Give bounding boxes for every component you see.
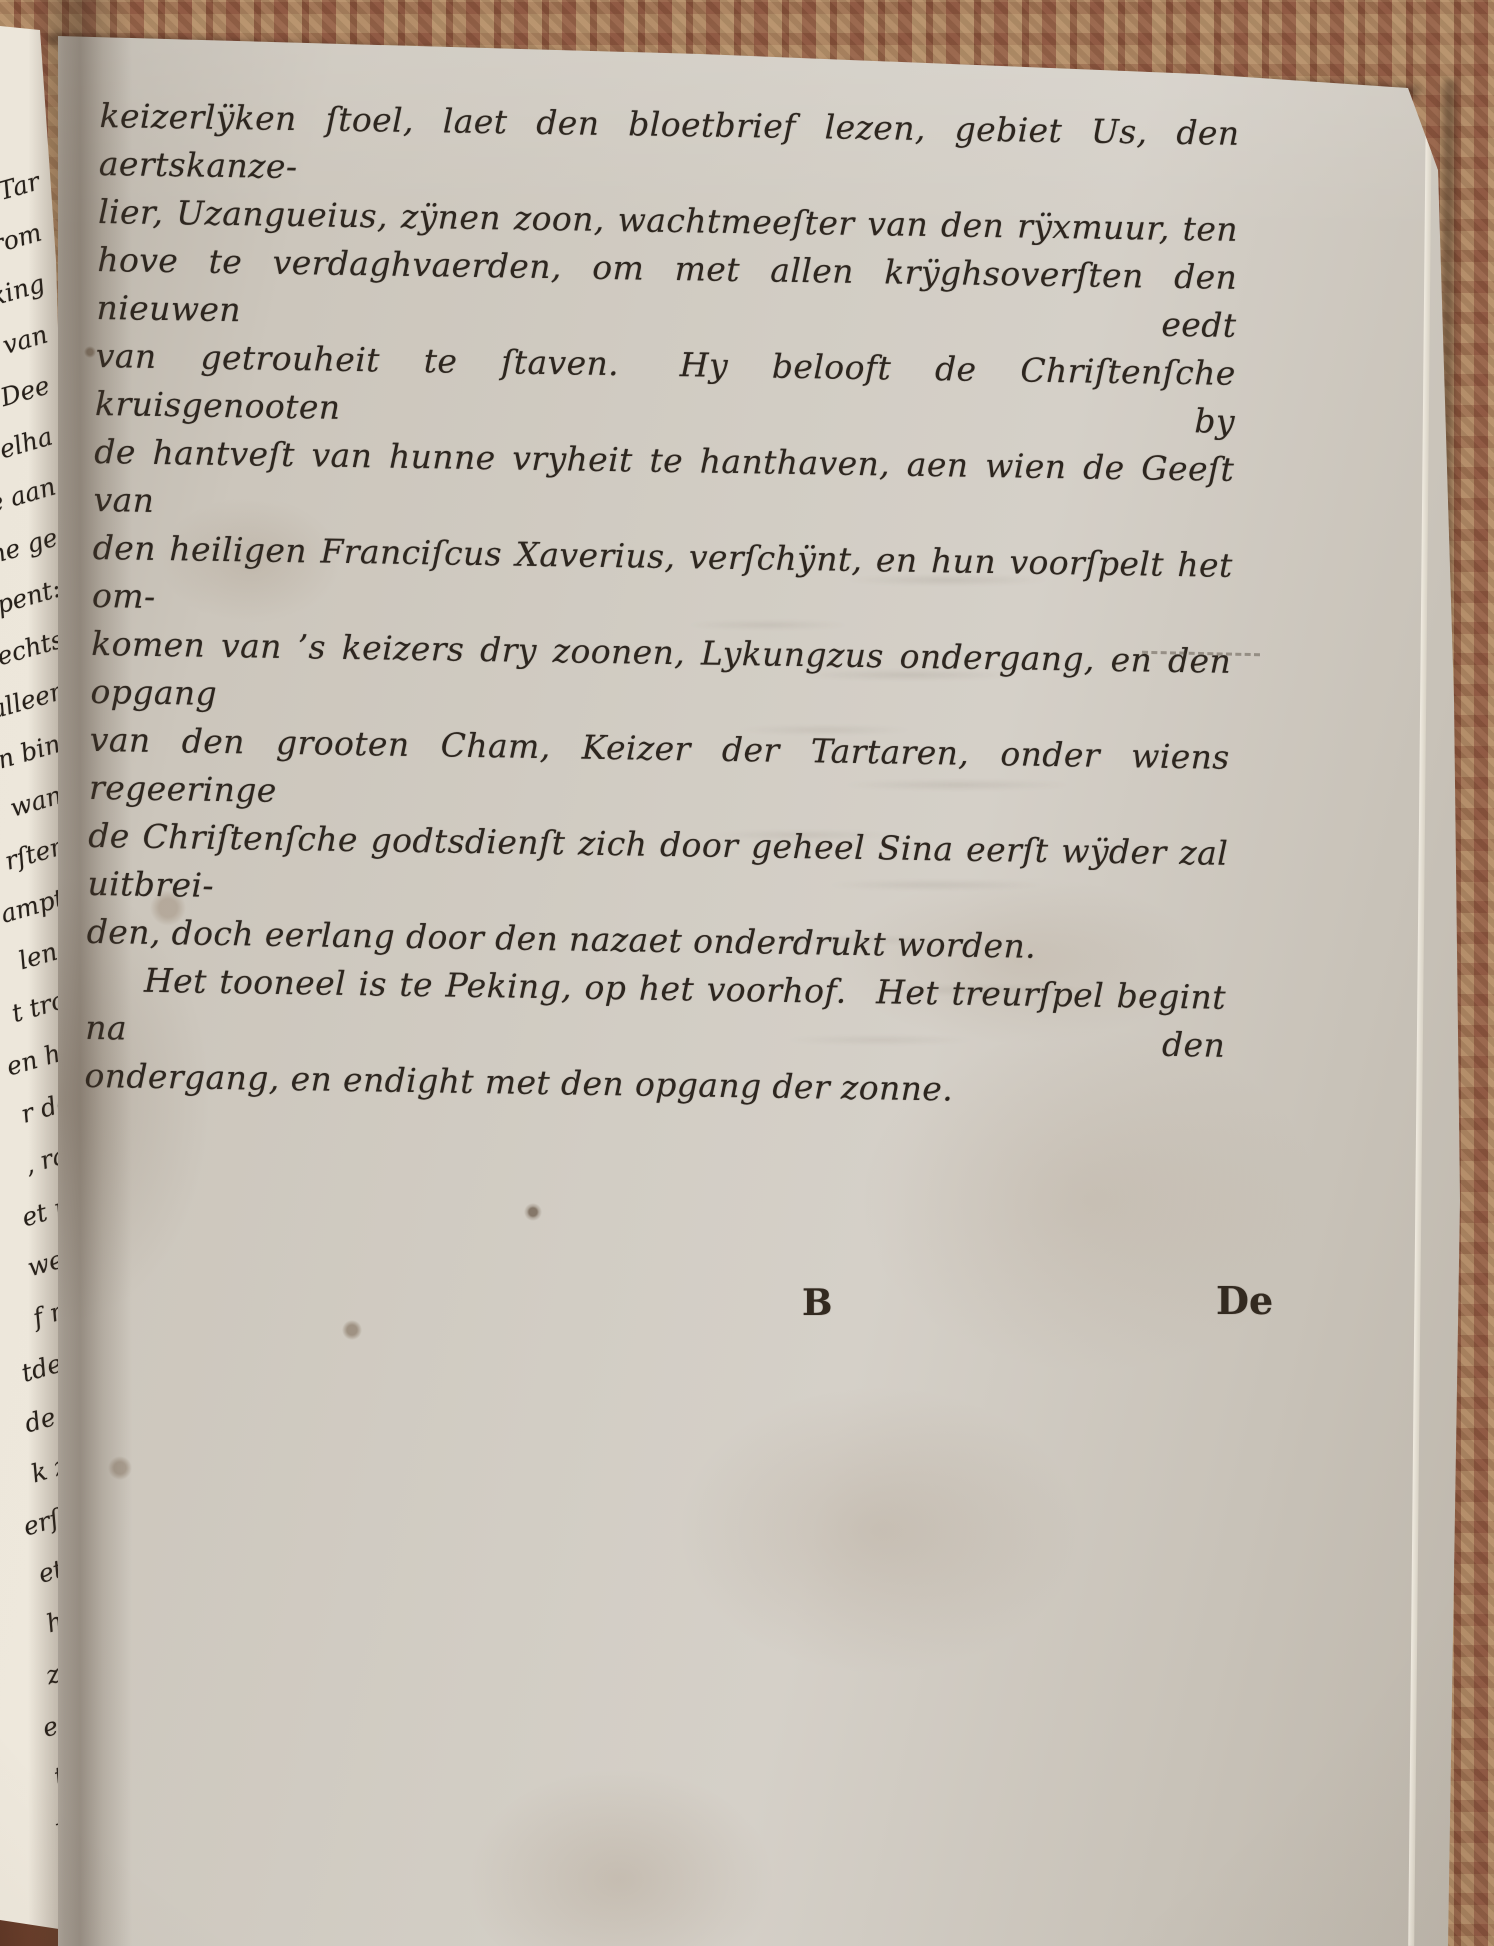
text-line: de hantveſt van hunne vryheit te hanthav… <box>93 428 1234 542</box>
text-line: van getrouheit te ſtaven. Hy belooft de … <box>95 332 1236 446</box>
book-photo: n TarhieromPekingen vanDeebelhae aanne g… <box>0 0 1494 1946</box>
text-line: hove te verdaghvaerden, om met allen krÿ… <box>96 236 1237 350</box>
signature-mark: B <box>802 1282 832 1324</box>
catchword: De <box>1216 1278 1273 1323</box>
text-line: van den grooten Cham, Keizer der Tartare… <box>89 716 1230 830</box>
text-line: Het tooneel is te Peking, op het voorhof… <box>85 956 1226 1070</box>
book-page: keizerlÿken ſtoel, laet den bloetbrief l… <box>0 0 1494 1946</box>
text-line: den heiligen Franciſcus Xaverius, verſch… <box>92 524 1233 638</box>
text-line: de Chriſtenſche godtsdienſt zich door ge… <box>87 812 1228 926</box>
page-text-block: keizerlÿken ſtoel, laet den bloetbrief l… <box>84 92 1240 1118</box>
text-line: keizerlÿken ſtoel, laet den bloetbrief l… <box>98 92 1239 206</box>
text-line: komen van ’s keizers dry zoonen, Lykungz… <box>90 620 1231 734</box>
page-edge-highlight <box>1408 92 1432 1946</box>
